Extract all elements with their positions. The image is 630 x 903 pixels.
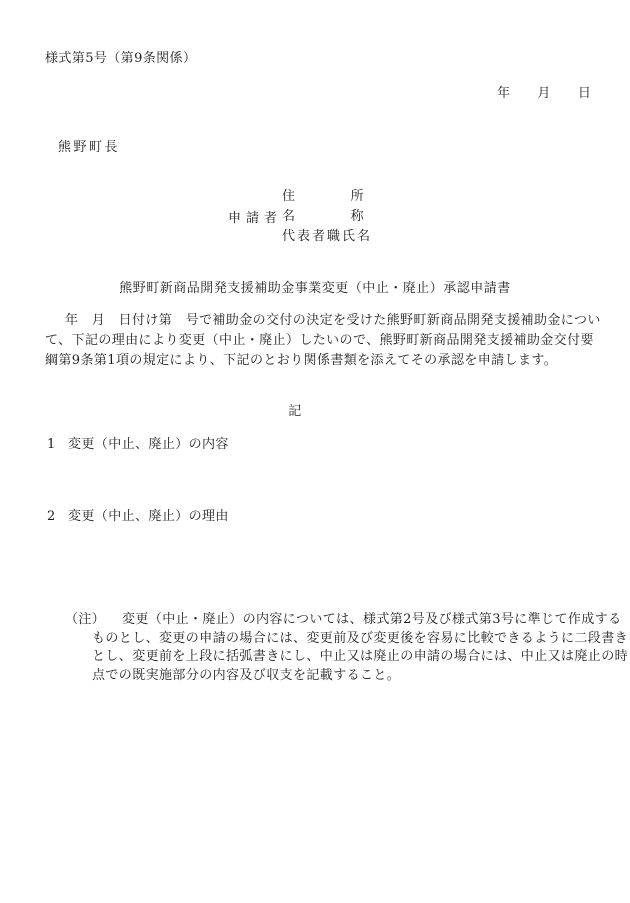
date-day-label: 日 <box>578 82 591 101</box>
body-line: 綱第9条第1項の規定により、下記のとおり関係書類を添えてその承認を申請します。 <box>45 351 595 371</box>
item-number: 2 <box>47 509 68 524</box>
applicant-block: 住 所 名 称 代表者職氏名 <box>282 187 372 247</box>
applicant-address-row: 住 所 <box>282 187 364 207</box>
item-number: 1 <box>47 437 68 452</box>
form-number: 様式第5号（第9条関係） <box>45 47 196 66</box>
addressee: 熊野町長 <box>58 136 120 155</box>
applicant-name-row: 名 称 <box>282 207 364 227</box>
record-heading: 記 <box>0 400 590 419</box>
item-change-reason: 2変更（中止、廃止）の理由 <box>47 505 229 524</box>
document-page: 様式第5号（第9条関係） 年 月 日 熊野町長 申請者 住 所 名 称 代表者職… <box>0 0 630 903</box>
date-month-label: 月 <box>537 82 550 101</box>
representative-label: 代表者職氏名 <box>282 227 372 247</box>
body-line: 年 月 日付け第 号で補助金の交付の決定を受けた熊野町新商品開発支援補助金につい <box>45 311 595 331</box>
note-label: （注） <box>65 611 105 630</box>
date-year-label: 年 <box>497 82 510 101</box>
note-line: とし、変更前を上段に括弧書きにし、中止又は廃止の申請の場合には、中止又は廃止の時 <box>92 648 628 667</box>
document-title: 熊野町新商品開発支援補助金事業変更（中止・廃止）承認申請書 <box>0 277 630 296</box>
body-paragraph: 年 月 日付け第 号で補助金の交付の決定を受けた熊野町新商品開発支援補助金につい… <box>45 311 595 371</box>
item-text: 変更（中止、廃止）の理由 <box>68 509 229 524</box>
date-line: 年 月 日 <box>497 82 591 101</box>
note-line: ものとし、変更の申請の場合には、変更前及び変更後を容易に比較できるように二段書き <box>92 630 628 649</box>
address-label-right: 所 <box>351 187 364 207</box>
body-line: て、下記の理由により変更（中止・廃止）したいので、熊野町新商品開発支援補助金交付… <box>45 331 595 351</box>
note-line: 点での既実施部分の内容及び収支を記載すること。 <box>92 667 628 686</box>
name-label-left: 名 <box>282 207 295 227</box>
item-text: 変更（中止、廃止）の内容 <box>68 437 229 452</box>
address-label-left: 住 <box>282 187 295 207</box>
note-block: （注） 変更（中止・廃止）の内容については、様式第2号及び様式第3号に準じて作成… <box>65 611 628 685</box>
applicant-label: 申請者 <box>228 207 282 226</box>
name-label-right: 称 <box>351 207 364 227</box>
note-line: 変更（中止・廃止）の内容については、様式第2号及び様式第3号に準じて作成する <box>122 611 628 630</box>
item-change-content: 1変更（中止、廃止）の内容 <box>47 433 229 452</box>
